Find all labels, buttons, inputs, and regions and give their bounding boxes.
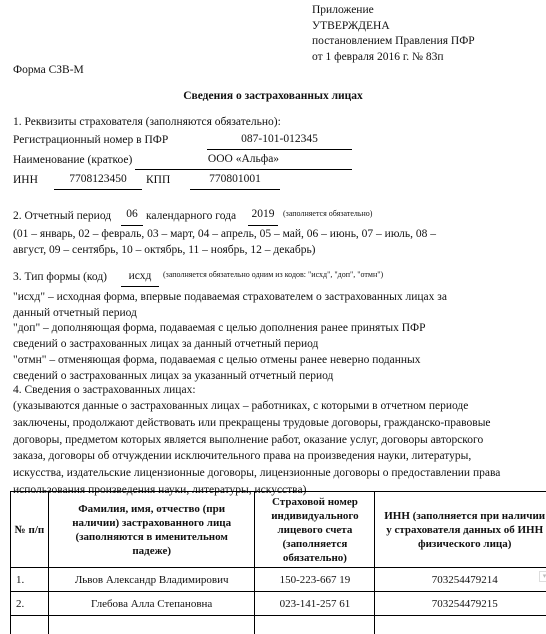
desc-ishd: "исхд" – исходная форма, впервые подавае… [13,289,468,321]
table-row: 1. Львов Александр Владимирович 150-223-… [11,568,546,592]
reg-number-field[interactable]: 087-101-012345 [207,133,352,150]
section4-desc: (указываются данные о застрахованных лиц… [13,398,513,499]
year-label: календарного года [146,210,236,222]
col-header-snils: Страховой номер индивидуального лицевого… [255,492,375,568]
header-line-2: УТВЕРЖДЕНА [312,19,475,35]
approval-header: Приложение УТВЕРЖДЕНА постановлением Пра… [312,3,475,65]
row-name[interactable]: Глебова Алла Степановна [48,592,255,616]
row-snils[interactable]: 150-223-667 19 [255,568,375,592]
period-label: 2. Отчетный период [13,210,111,222]
table-row [11,616,546,634]
kpp-label: КПП [146,174,170,186]
col-header-inn: ИНН (заполняется при наличии у страховат… [375,492,546,568]
row-num[interactable]: 1. [11,568,49,592]
row-inn[interactable]: 703254479215 [375,592,546,616]
page-title: Сведения о застрахованных лицах [0,90,546,102]
col-header-fio: Фамилия, имя, отчество (при наличии) зас… [48,492,255,568]
inn-field[interactable]: 7708123450 [54,173,142,190]
row-snils[interactable] [255,616,375,634]
months-legend: (01 – январь, 02 – февраль, 03 – март, 0… [13,226,463,258]
section4-heading: 4. Сведения о застрахованных лицах: [13,384,196,396]
desc-otmn: "отмн" – отменяющая форма, подаваемая с … [13,352,468,384]
table-row: 2. Глебова Алла Степановна 023-141-257 6… [11,592,546,616]
row-name[interactable]: Львов Александр Владимирович [48,568,255,592]
period-month-field[interactable]: 06 [121,208,143,226]
row-num[interactable] [11,616,49,634]
section1-heading: 1. Реквизиты страхователя (заполняются о… [13,116,281,128]
short-name-label: Наименование (краткое) [13,154,132,166]
row-inn[interactable] [375,616,546,634]
form-type-label: 3. Тип формы (код) [13,271,107,283]
row-inn: 703254479214 [432,574,498,586]
form-type-note: (заполняется обязательно одним из кодов:… [163,270,383,279]
kpp-field[interactable]: 770801001 [190,173,280,190]
col-header-num: № п/п [11,492,49,568]
row-name[interactable] [48,616,255,634]
period-year-field[interactable]: 2019 [248,208,278,226]
header-line-1: Приложение [312,3,475,19]
dropdown-filter-icon[interactable]: ▾ [539,571,546,582]
row-inn-cell[interactable]: 703254479214▾ [375,568,546,592]
row-snils[interactable]: 023-141-257 61 [255,592,375,616]
period-note: (заполняется обязательно) [283,209,372,218]
row-num[interactable]: 2. [11,592,49,616]
header-line-3: постановлением Правления ПФР [312,34,475,50]
reg-number-label: Регистрационный номер в ПФР [13,134,168,146]
header-line-4: от 1 февраля 2016 г. № 83п [312,50,475,66]
inn-label: ИНН [13,174,38,186]
form-name: Форма СЗВ-М [13,64,84,76]
table-header-row: № п/п Фамилия, имя, отчество (при наличи… [11,492,546,568]
desc-dop: "доп" – дополняющая форма, подаваемая с … [13,320,468,352]
form-type-field[interactable]: исхд [121,270,159,287]
insured-persons-table: № п/п Фамилия, имя, отчество (при наличи… [10,491,546,634]
short-name-field[interactable]: ООО «Альфа» [135,153,352,170]
